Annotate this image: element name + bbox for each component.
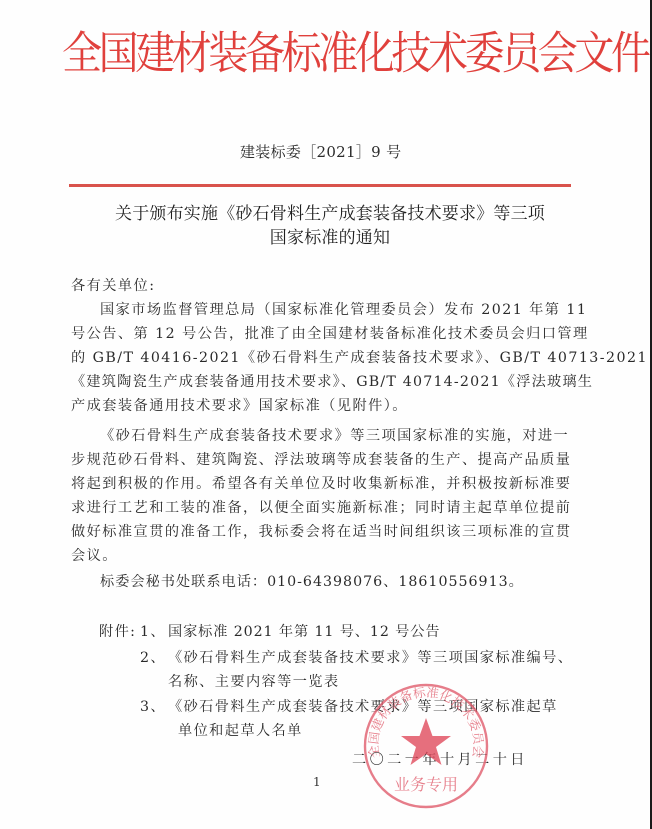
paragraph-line: 求进行工艺和工装的准备，以便全面实施新标准；同时请主起草单位提前 (71, 498, 571, 518)
paragraph-line: 会议。 (71, 546, 118, 566)
notice-title-line-1: 关于颁布实施《砂石骨料生产成套装备技术要求》等三项 (80, 202, 580, 226)
attachment-number: 2、 (140, 648, 166, 668)
paragraph-line: 《砂石骨料生产成套装备技术要求》等三项国家标准的实施，对进一 (100, 426, 569, 446)
notice-title-line-2: 国家标准的通知 (80, 226, 580, 250)
paragraph-line: 《建筑陶瓷生产成套装备通用技术要求》、GB/T 40714-2021《浮法玻璃生 (71, 372, 593, 392)
attachment-number: 1、 (140, 622, 166, 642)
attachments-label: 附件: (99, 622, 136, 642)
attachment-item-2-continued: 名称、主要内容等一览表 (168, 672, 339, 692)
paragraph-line: 做好标准宣贯的准备工作，我标委会将在适当时间组织该三项标准的宣贯 (71, 522, 571, 542)
document-number: 建装标委［2021］9 号 (240, 142, 401, 162)
red-divider-line (69, 184, 571, 187)
paragraph-line: 号公告、第 12 号公告，批准了由全国建材装备标准化技术委员会归口管理 (71, 324, 589, 344)
paragraph-line: 步规范砂石骨料、建筑陶瓷、浮法玻璃等成套装备的生产、提高产品质量 (71, 450, 571, 470)
paragraph-line: 的 GB/T 40416-2021《砂石骨料生产成套装备技术要求》、GB/T 4… (71, 348, 648, 368)
page-number: 1 (313, 774, 321, 790)
official-seal: 全国建材装备标准化技术委员会 业务专用 (362, 682, 490, 810)
seal-graphic: 全国建材装备标准化技术委员会 业务专用 (362, 682, 490, 810)
document-page: 全国建材装备标准化技术委员会文件 建装标委［2021］9 号 关于颁布实施《砂石… (0, 0, 652, 829)
star-icon (401, 718, 451, 765)
paragraph-line: 将起到积极的作用。希望各有关单位及时收集新标准，并积极按新标准要 (71, 474, 571, 494)
attachment-item-3-continued: 单位和起草人名单 (178, 721, 303, 741)
salutation: 各有关单位: (71, 276, 155, 296)
paragraph-line: 国家市场监督管理总局（国家标准化管理委员会）发布 2021 年第 11 (100, 300, 587, 320)
seal-subtitle-text: 业务专用 (394, 775, 458, 794)
org-header-title: 全国建材装备标准化技术委员会文件 (62, 23, 570, 86)
contact-phone-line: 标委会秘书处联系电话：010-64398076、18610556913。 (100, 572, 524, 592)
attachment-item-2: 《砂石骨料生产成套装备技术要求》等三项国家标准编号、 (168, 648, 573, 668)
attachment-item-1: 国家标准 2021 年第 11 号、12 号公告 (168, 622, 440, 642)
attachment-number: 3、 (140, 697, 166, 717)
paragraph-line: 产成套装备通用技术要求》国家标准（见附件）。 (71, 396, 408, 416)
